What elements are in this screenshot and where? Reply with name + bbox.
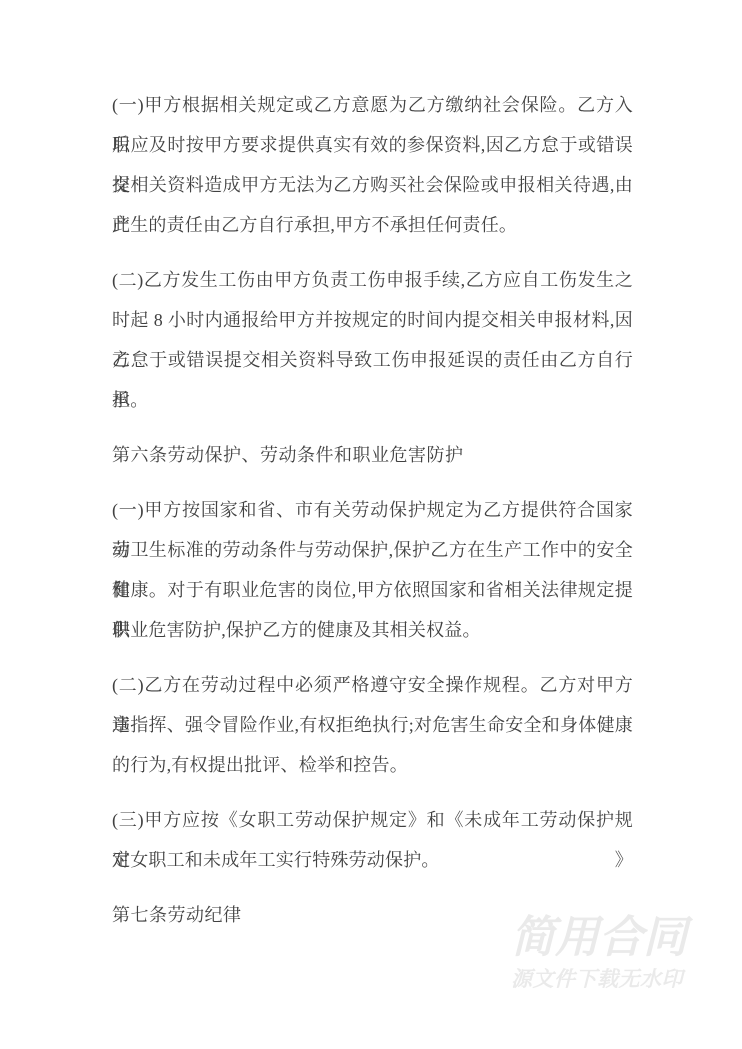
text-line: (三)甲方应按《女职工劳动保护规定》和《未成年工劳动保护规定》 [112,800,633,840]
document-body: (一)甲方根据相关规定或乙方意愿为乙方缴纳社会保险。乙方入职后应及时按甲方要求提… [112,85,633,935]
text-line: 方怠于或错误提交相关资料导致工伤申报延误的责任由乙方自行承 [112,340,633,380]
contract-page: (一)甲方根据相关规定或乙方意愿为乙方缴纳社会保险。乙方入职后应及时按甲方要求提… [0,0,742,1049]
text-line: 时起 8 小时内通报给甲方并按规定的时间内提交相关申报材料,因乙 [112,300,633,340]
text-line: 交相关资料造成甲方无法为乙方购买社会保险或申报相关待遇,由此 [112,165,633,205]
watermark: 简用合同 源文件下载无水印 [511,916,687,990]
watermark-title: 简用合同 [511,916,687,960]
text-line: (一)甲方按国家和省、市有关劳动保护规定为乙方提供符合国家劳 [112,490,633,530]
social-insurance-clause-item-1: (一)甲方根据相关规定或乙方意愿为乙方缴纳社会保险。乙方入职后应及时按甲方要求提… [112,85,633,245]
watermark-subtitle: 源文件下载无水印 [511,969,687,990]
text-line: 职业危害防护,保护乙方的健康及其相关权益。 [112,610,633,650]
text-line: 后应及时按甲方要求提供真实有效的参保资料,因乙方怠于或错误提 [112,125,633,165]
text-line: 章指挥、强令冒险作业,有权拒绝执行;对危害生命安全和身体健康 [112,705,633,745]
text-line: 产生的责任由乙方自行承担,甲方不承担任何责任。 [112,205,633,245]
text-line: 健康。对于有职业危害的岗位,甲方依照国家和省相关法律规定提供 [112,570,633,610]
work-injury-clause-item-2: (二)乙方发生工伤由甲方负责工伤申报手续,乙方应自工伤发生之时起 8 小时内通报… [112,260,633,420]
text-line: 的行为,有权提出批评、检举和控告。 [112,745,633,785]
special-protection-item-3: (三)甲方应按《女职工劳动保护规定》和《未成年工劳动保护规定》对女职工和未成年工… [112,800,633,880]
text-line: (二)乙方在劳动过程中必须严格遵守安全操作规程。乙方对甲方违 [112,665,633,705]
safety-rules-item-2: (二)乙方在劳动过程中必须严格遵守安全操作规程。乙方对甲方违章指挥、强令冒险作业… [112,665,633,785]
text-line: (二)乙方发生工伤由甲方负责工伤申报手续,乙方应自工伤发生之 [112,260,633,300]
text-line: 担。 [112,380,633,420]
labor-protection-item-1: (一)甲方按国家和省、市有关劳动保护规定为乙方提供符合国家劳动卫生标准的劳动条件… [112,490,633,650]
text-line: 第六条劳动保护、劳动条件和职业危害防护 [112,435,633,475]
text-line: 动卫生标准的劳动条件与劳动保护,保护乙方在生产工作中的安全和 [112,530,633,570]
text-line: (一)甲方根据相关规定或乙方意愿为乙方缴纳社会保险。乙方入职 [112,85,633,125]
article-6-heading: 第六条劳动保护、劳动条件和职业危害防护 [112,435,633,475]
